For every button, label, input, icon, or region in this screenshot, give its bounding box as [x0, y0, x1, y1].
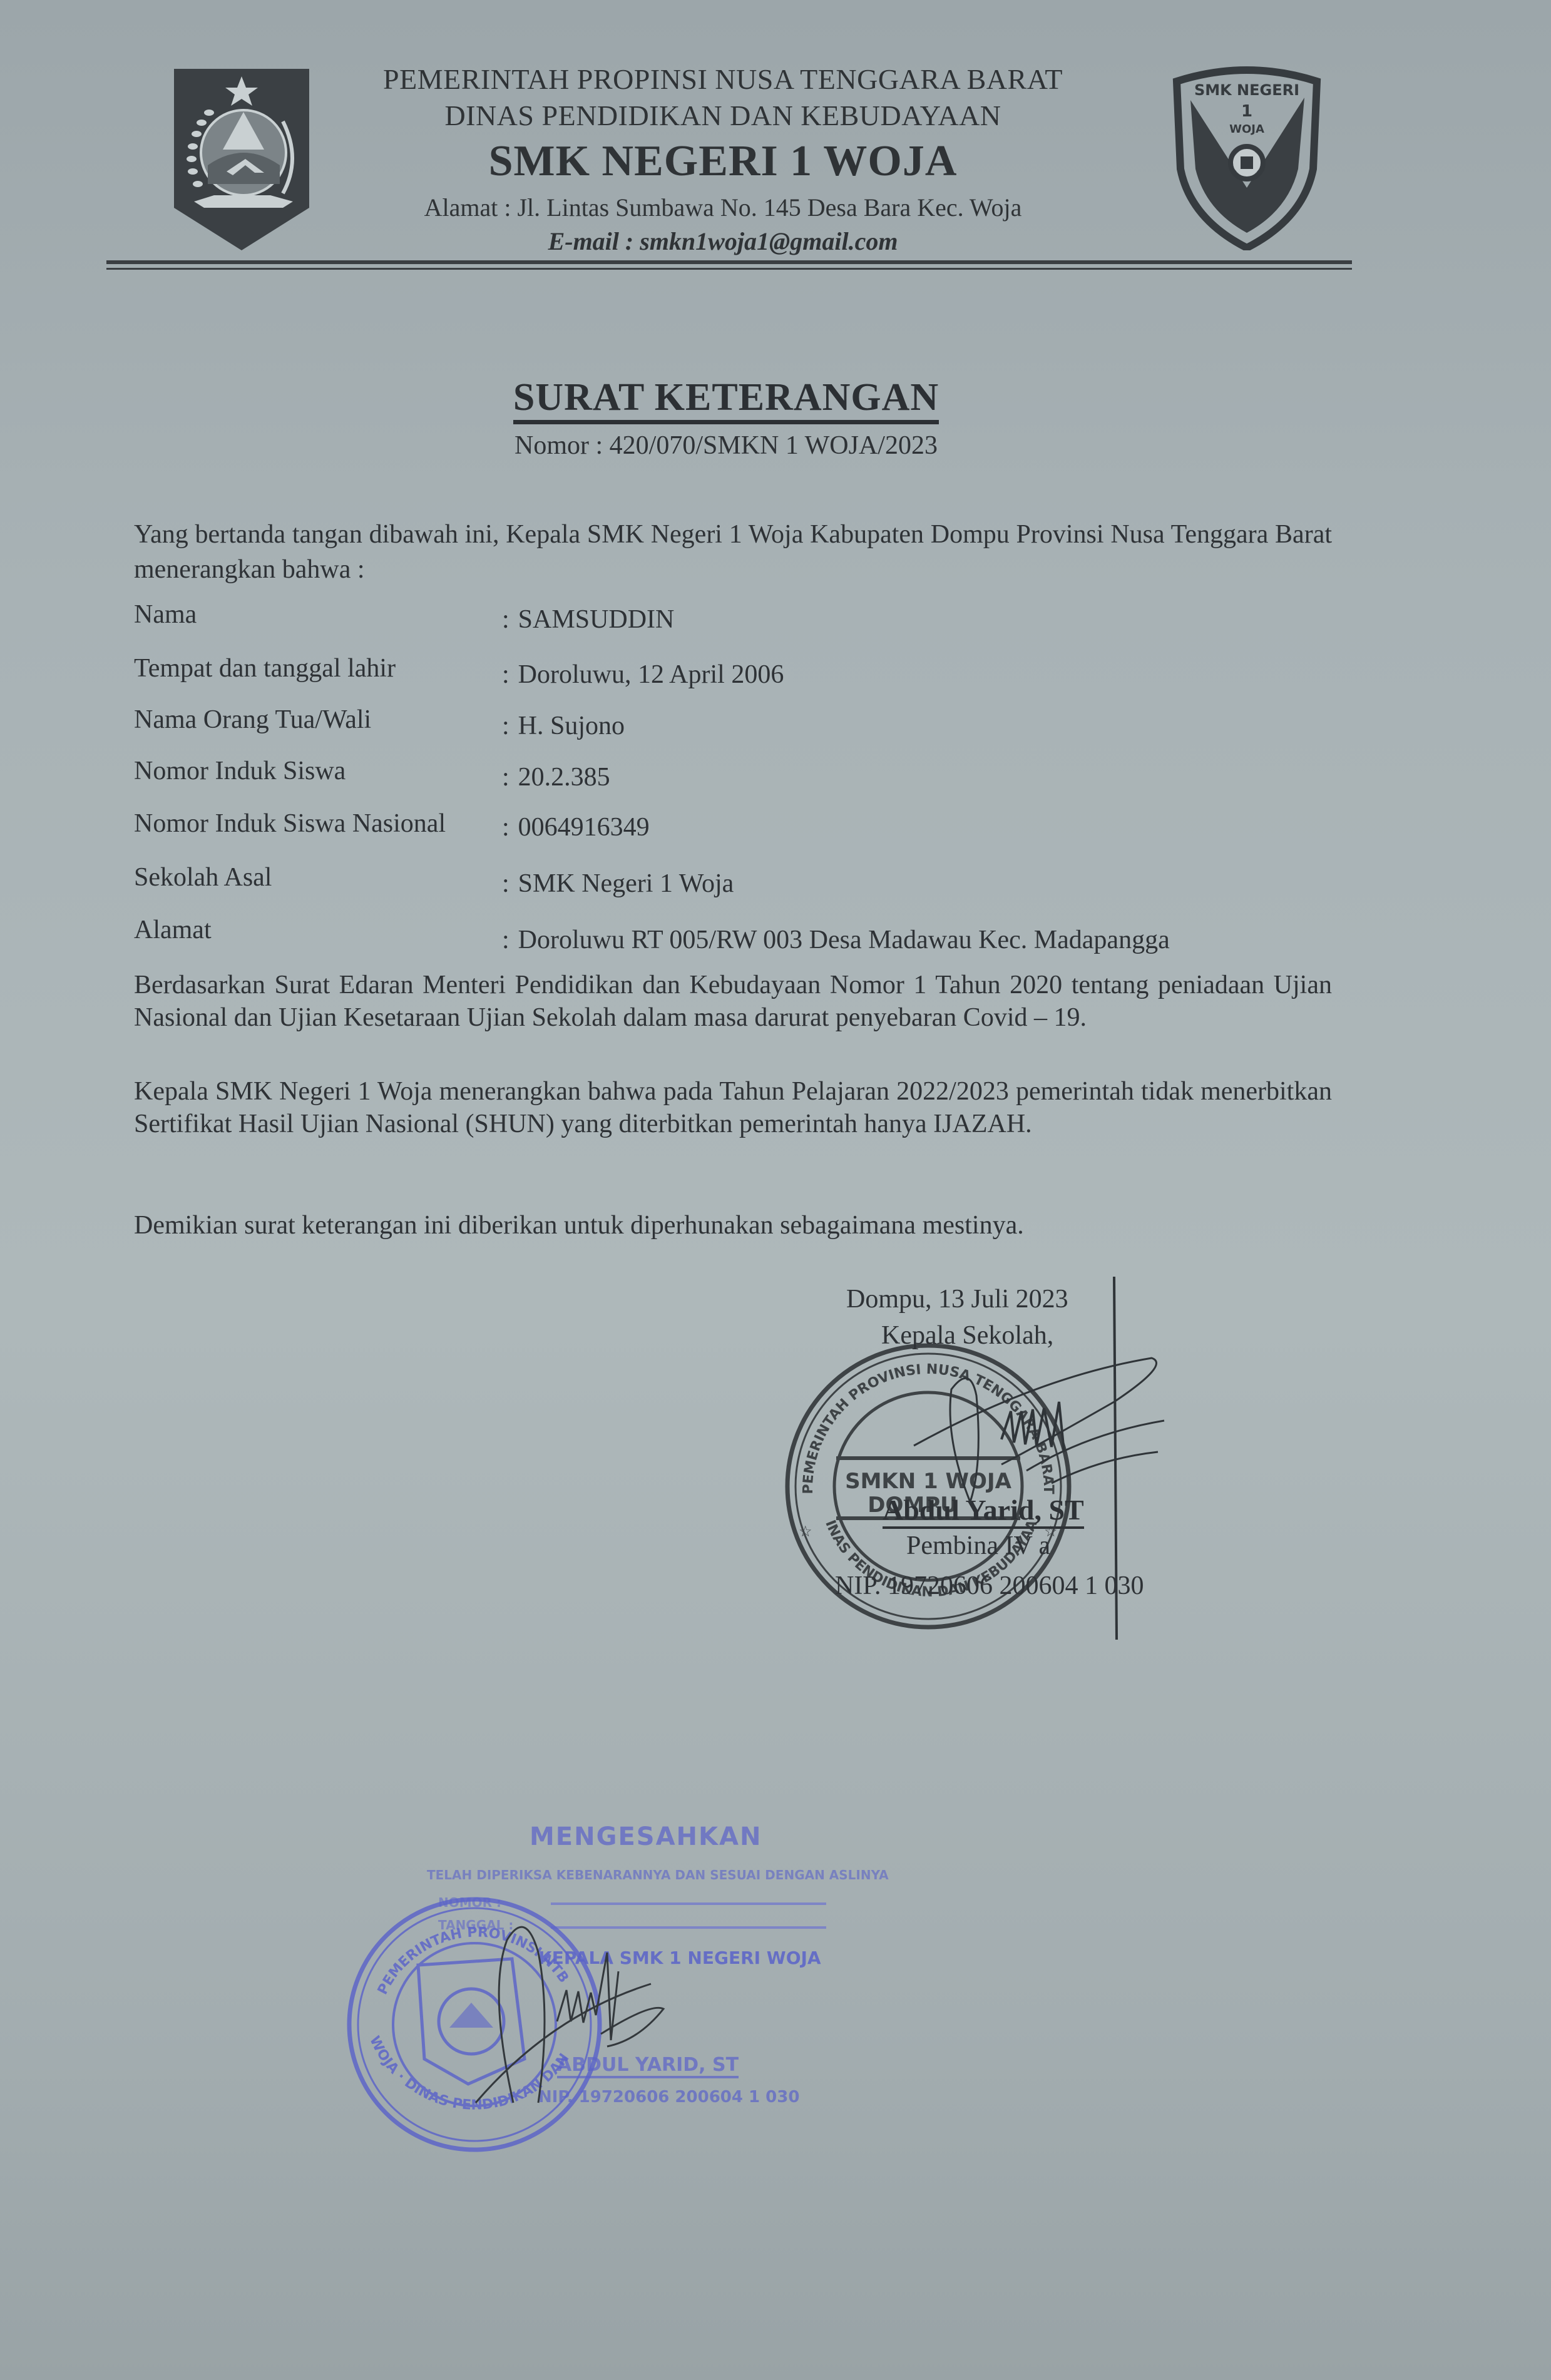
- school-shield-icon: SMK NEGERI 1 WOJA: [1165, 63, 1328, 250]
- document-title: SURAT KETERANGAN: [0, 375, 1452, 420]
- field-value-nisn: :0064916349: [502, 812, 650, 842]
- letterhead-line-department: DINAS PENDIDIKAN DAN KEBUDAYAAN: [351, 99, 1095, 132]
- svg-text:1: 1: [1241, 102, 1252, 121]
- basis-paragraph: Berdasarkan Surat Edaran Menteri Pendidi…: [134, 969, 1332, 1034]
- letterhead-address: Alamat : Jl. Lintas Sumbawa No. 145 Desa…: [351, 193, 1095, 222]
- field-label-nis: Nomor Induk Siswa: [134, 756, 346, 786]
- field-value-address: :Doroluwu RT 005/RW 003 Desa Madawau Kec…: [502, 925, 1170, 955]
- letterhead-email: E-mail : smkn1woja1@gmail.com: [351, 227, 1095, 256]
- letterhead-line-government: PEMERINTAH PROPINSI NUSA TENGGARA BARAT: [351, 63, 1095, 96]
- field-label-name: Nama: [134, 600, 197, 630]
- provincial-coat-of-arms-icon: [170, 65, 314, 253]
- letterhead-divider-thin: [106, 268, 1352, 270]
- field-label-address: Alamat: [134, 915, 212, 945]
- field-label-birth: Tempat dan tanggal lahir: [134, 653, 396, 683]
- principal-signature-icon: [876, 1277, 1177, 1652]
- legalizer-signature-icon: [463, 1915, 701, 2122]
- field-value-parent: :H. Sujono: [502, 711, 625, 741]
- field-label-parent: Nama Orang Tua/Wali: [134, 705, 371, 735]
- legalization-heading: MENGESAHKAN: [530, 1822, 762, 1851]
- closing-paragraph: Demikian surat keterangan ini diberikan …: [134, 1208, 1332, 1243]
- statement-paragraph: Kepala SMK Negeri 1 Woja menerangkan bah…: [134, 1075, 1332, 1140]
- field-value-school: :SMK Negeri 1 Woja: [502, 869, 734, 899]
- field-label-nisn: Nomor Induk Siswa Nasional: [134, 809, 446, 839]
- field-label-school: Sekolah Asal: [134, 862, 272, 892]
- svg-text:SMK NEGERI: SMK NEGERI: [1194, 81, 1299, 99]
- svg-text:WOJA: WOJA: [1229, 123, 1264, 136]
- field-value-nis: :20.2.385: [502, 762, 610, 792]
- document-page: SMK NEGERI 1 WOJA PEMERINTAH PROPINSI NU…: [0, 0, 1551, 2380]
- letterhead-divider-thick: [106, 260, 1352, 264]
- svg-text:☆: ☆: [799, 1524, 812, 1540]
- letterhead-school-name: SMK NEGERI 1 WOJA: [351, 136, 1095, 186]
- field-value-name: :SAMSUDDIN: [502, 605, 674, 635]
- document-number: Nomor : 420/070/SMKN 1 WOJA/2023: [0, 431, 1452, 461]
- field-value-birth: :Doroluwu, 12 April 2006: [502, 660, 784, 690]
- intro-paragraph: Yang bertanda tangan dibawah ini, Kepala…: [134, 517, 1332, 587]
